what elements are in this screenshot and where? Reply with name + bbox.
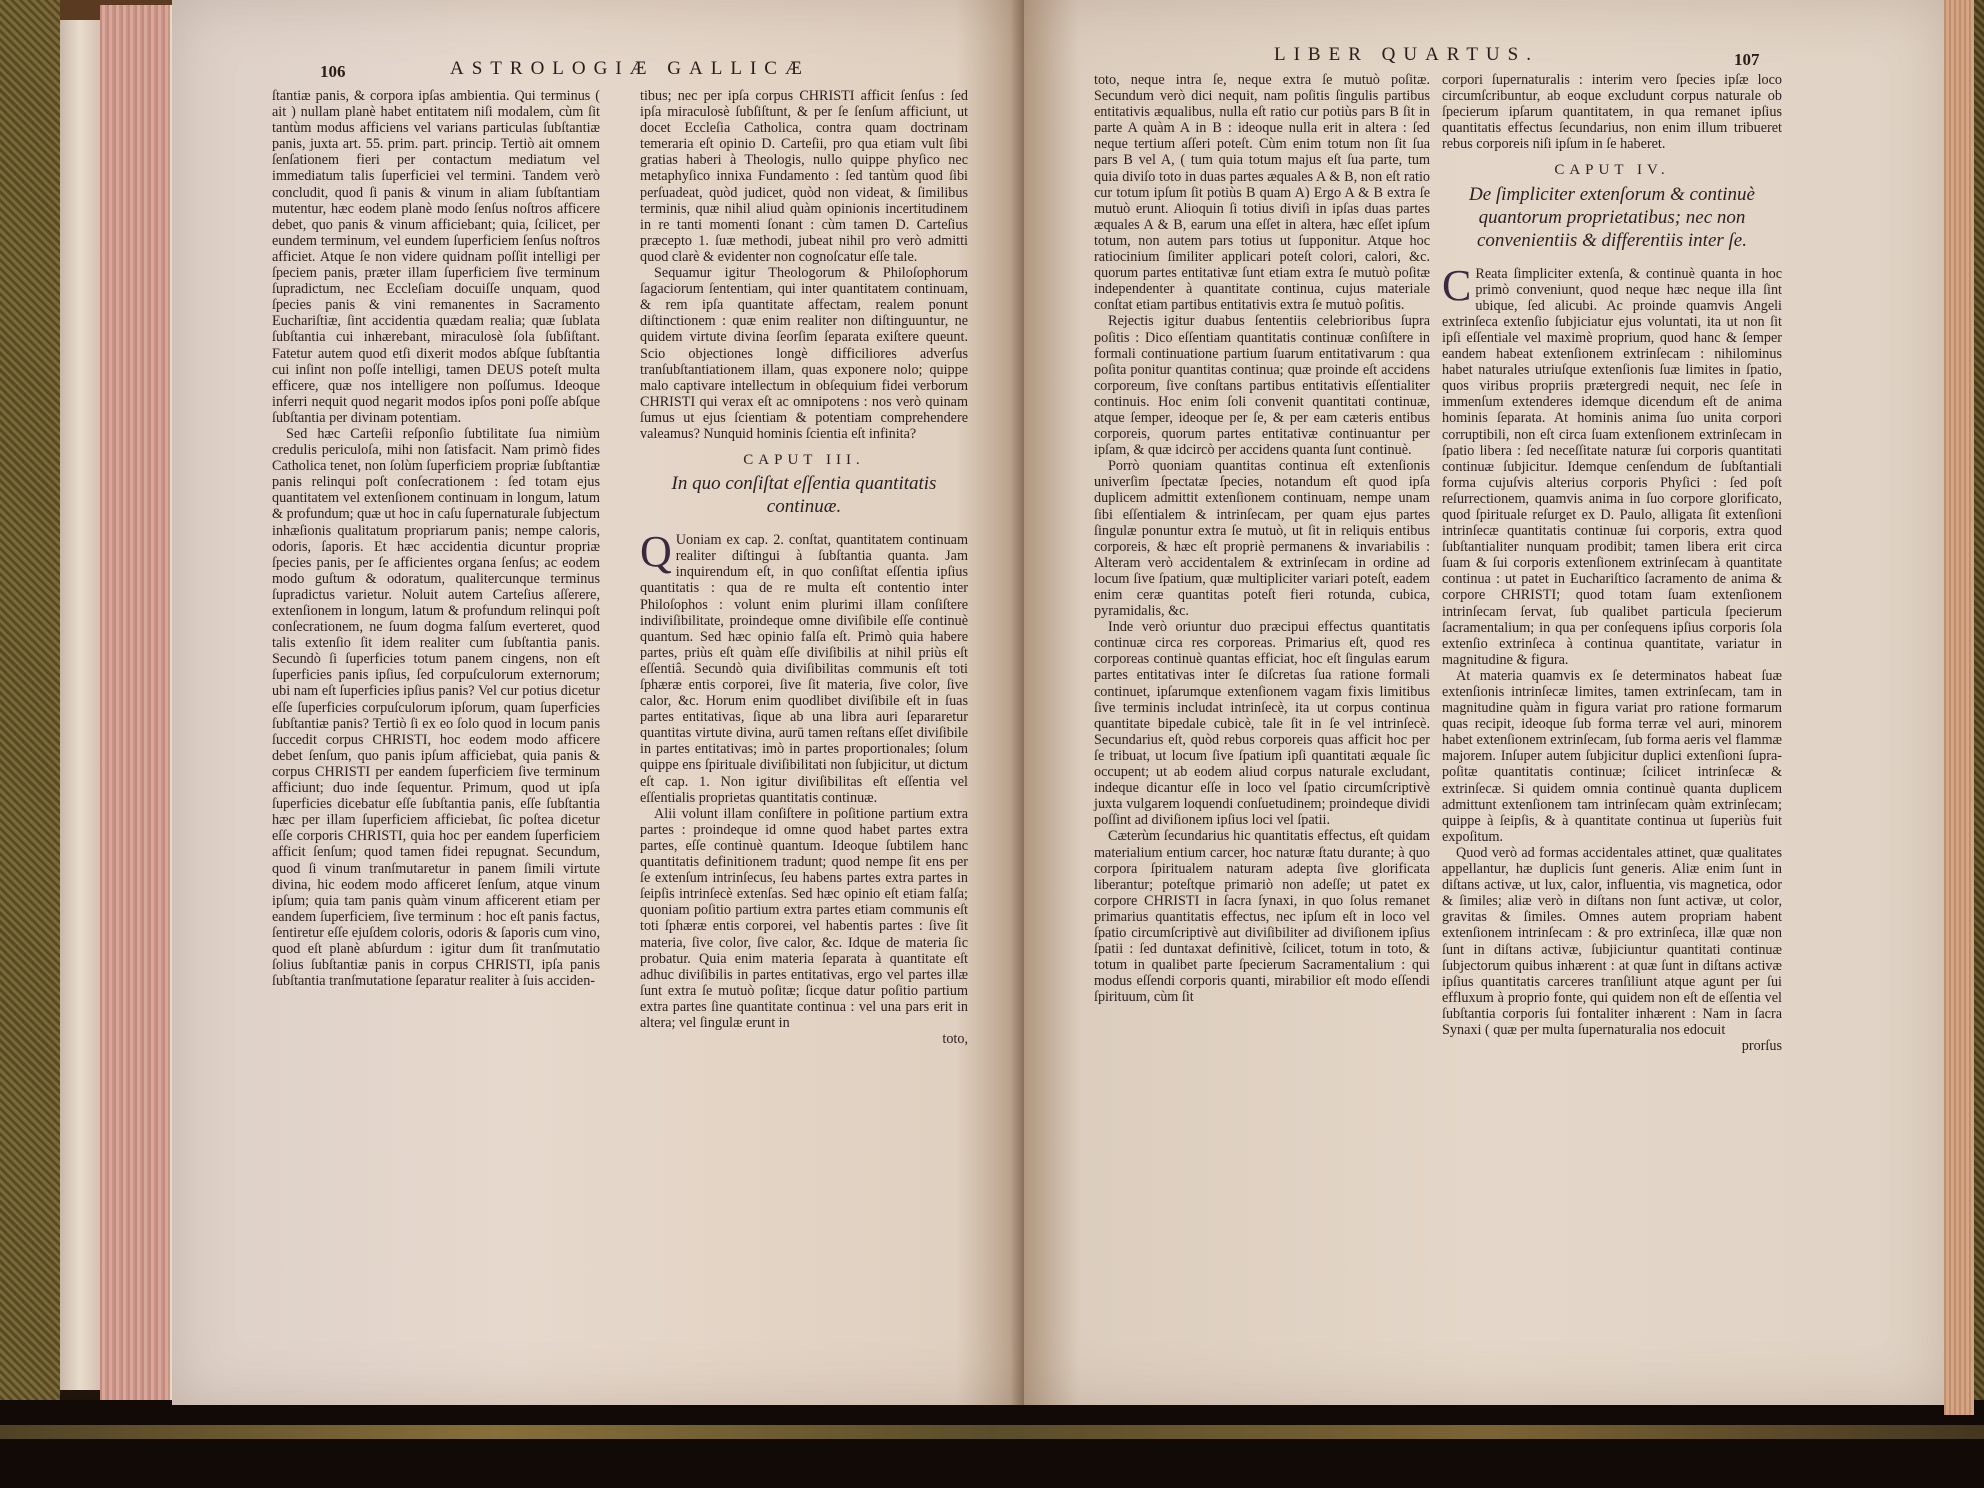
paragraph: toto, neque intra ſe, neque extra ſe mut… — [1094, 72, 1430, 313]
paragraph: Alii volunt illam conſiſtere in poſition… — [640, 806, 968, 1031]
left-page: 106 ASTROLOGIÆ GALLICÆ ſtantiæ panis, & … — [172, 0, 1024, 1405]
paragraph: corpori ſupernaturalis : interim vero ſp… — [1442, 72, 1782, 152]
chapter-title: In quo conſiſtat eſſentia quantitatis co… — [648, 472, 960, 518]
running-head: ASTROLOGIÆ GALLICÆ — [450, 58, 810, 80]
sprinkled-fore-edge-left — [100, 5, 173, 1400]
text-column-1: ſtantiæ panis, & corpora ipſas ambientia… — [272, 88, 600, 989]
gilt-edge — [0, 1425, 1984, 1439]
paragraph: Sed hæc Carteſii reſponſio ſubtilitate ſ… — [272, 426, 600, 989]
catchword: prorſus — [1442, 1038, 1782, 1054]
running-head: LIBER QUARTUS. — [1274, 44, 1539, 66]
paragraph: Inde verò oriuntur duo præcipui effectus… — [1094, 619, 1430, 828]
text-column-2: corpori ſupernaturalis : interim vero ſp… — [1442, 72, 1782, 1054]
page-number: 106 — [320, 62, 346, 82]
paragraph: Cæterùm ſecundarius hic quantitatis effe… — [1094, 828, 1430, 1005]
paragraph: ſtantiæ panis, & corpora ipſas ambientia… — [272, 88, 600, 426]
drop-cap: C — [1442, 268, 1471, 304]
fore-edge-right — [1944, 0, 1974, 1415]
paragraph: Sequamur igitur Theologorum & Philoſopho… — [640, 265, 968, 442]
catchword: toto, — [640, 1031, 968, 1047]
paragraph: Quod verò ad formas accidentales attinet… — [1442, 845, 1782, 1038]
paragraph: Reata ſimpliciter extenſa, & continuè qu… — [1442, 266, 1782, 668]
paragraph: Rejectis igitur duabus ſententiis celebr… — [1094, 313, 1430, 458]
paragraph: Uoniam ex cap. 2. conſtat, quantitatem c… — [640, 532, 968, 806]
text-column-1: toto, neque intra ſe, neque extra ſe mut… — [1094, 72, 1430, 1005]
paragraph: Porrò quoniam quantitas continua eſt ext… — [1094, 458, 1430, 619]
paragraph: At materia quamvis ex ſe determinatos ha… — [1442, 668, 1782, 845]
chapter-label: CAPUT III. — [640, 452, 968, 468]
right-page: LIBER QUARTUS. 107 toto, neque intra ſe,… — [1024, 0, 1944, 1405]
paragraph: tibus; nec per ipſa corpus CHRISTI affic… — [640, 88, 968, 265]
chapter-label: CAPUT IV. — [1442, 162, 1782, 178]
flyleaf — [60, 20, 100, 1390]
drop-cap: Q — [640, 534, 672, 570]
text-column-2: tibus; nec per ipſa corpus CHRISTI affic… — [640, 88, 968, 1047]
page-number: 107 — [1734, 50, 1760, 70]
cloth-left — [0, 0, 60, 1488]
chapter-title: De ſimpliciter extenſorum & continuè qua… — [1450, 183, 1774, 252]
book-base — [0, 1400, 1984, 1488]
